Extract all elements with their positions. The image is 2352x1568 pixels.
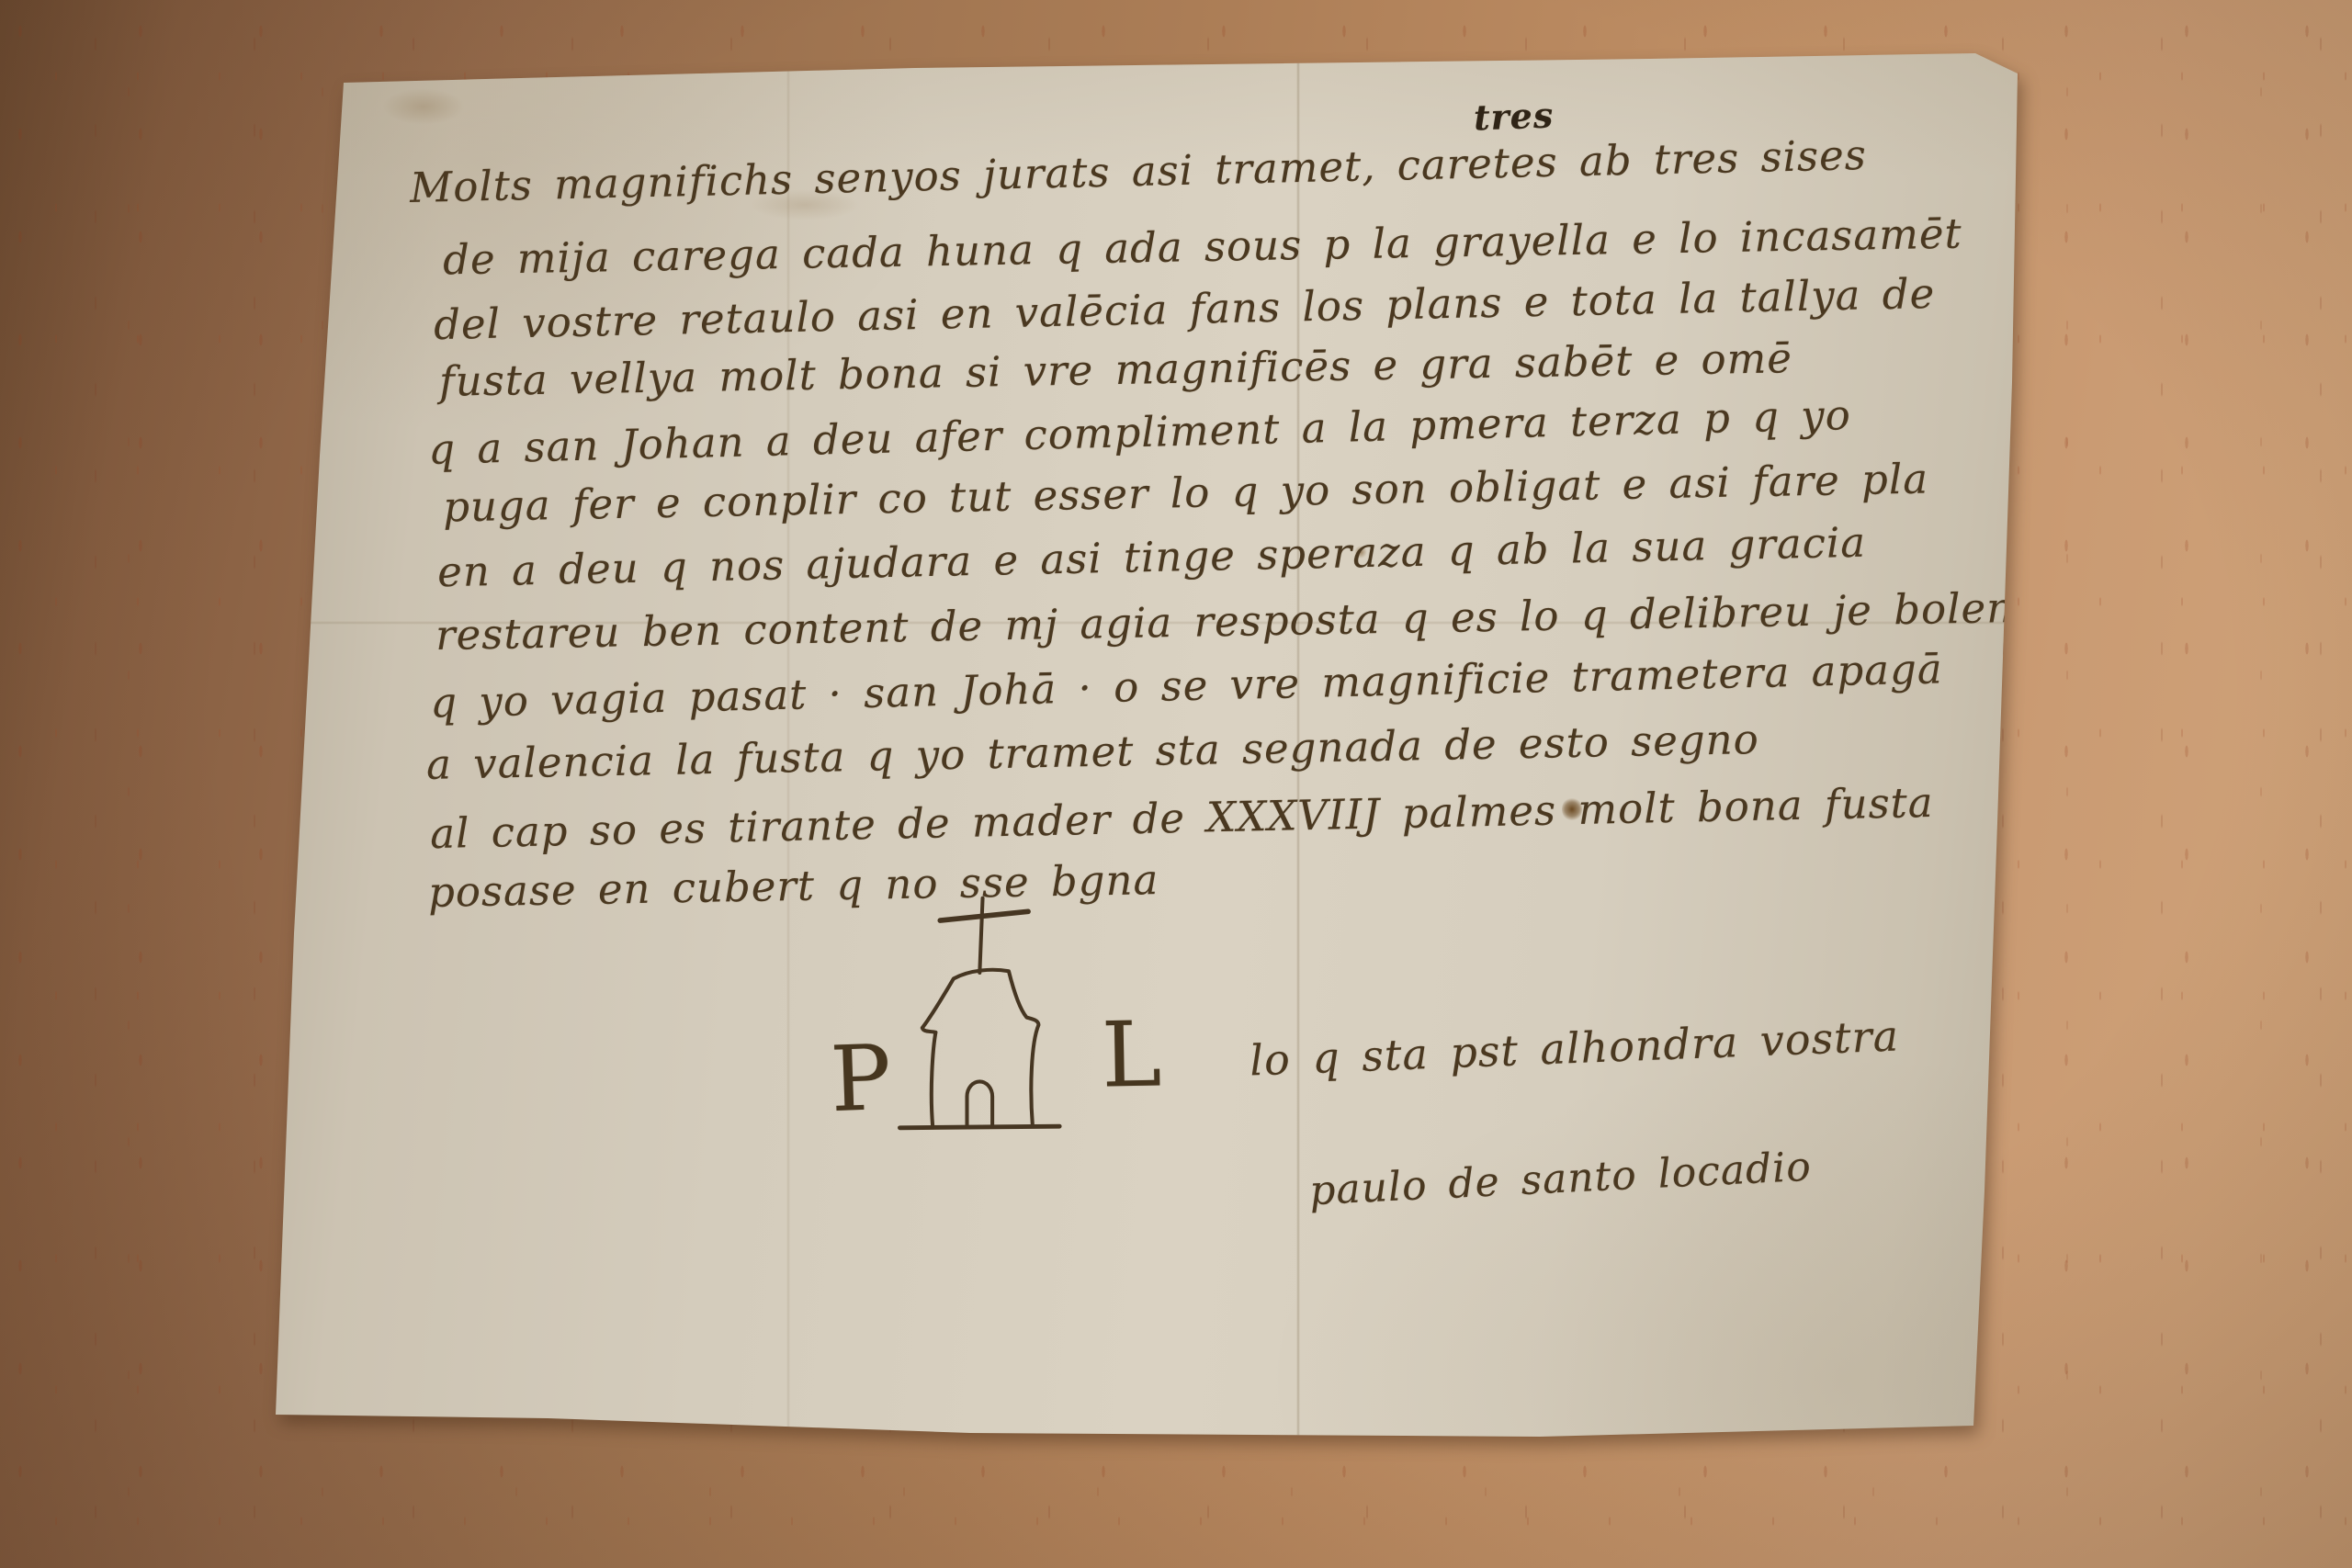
manuscript-line: al cap so es tirante de mader de XXXVIIJ… xyxy=(430,782,1934,854)
manuscript-line: q a san Johan a deu afer compliment a la… xyxy=(428,394,1852,470)
closing-line: lo q sta pst alhondra vostra xyxy=(1249,1014,1899,1081)
manuscript-line: a valencia la fusta q yo tramet sta segn… xyxy=(426,718,1759,785)
manuscript-line: restareu ben content de mj agia resposta… xyxy=(435,587,2015,656)
manuscript-line: fusta vellya molt bona si vre magnificēs… xyxy=(439,337,1793,402)
merchant-mark-letter-l: L xyxy=(1101,1010,1162,1100)
manuscript-line: puga fer e conplir co tut esser lo q yo … xyxy=(443,457,1929,527)
smudge-stain xyxy=(382,88,465,125)
manuscript-paper: tres Molts magnifichs senyos jurats asi … xyxy=(272,51,2021,1448)
manuscript-line: en a deu q nos ajudara e asi tinge spera… xyxy=(437,522,1867,593)
church-with-cross-mark-icon xyxy=(860,889,1086,1143)
manuscript-line: q yo vagia pasat · san Johā · o se vre m… xyxy=(430,648,1943,723)
interlinear-word: tres xyxy=(1473,97,1554,135)
paper-sheet-wrapper: tres Molts magnifichs senyos jurats asi … xyxy=(272,51,2021,1448)
photo-of-letter: tres Molts magnifichs senyos jurats asi … xyxy=(0,0,2352,1568)
manuscript-line: Molts magnifichs senyos jurats asi trame… xyxy=(410,134,1868,209)
manuscript-line: de mija carega cada huna q ada sous p la… xyxy=(443,213,1962,281)
signature: paulo de santo locadio xyxy=(1308,1147,1812,1213)
